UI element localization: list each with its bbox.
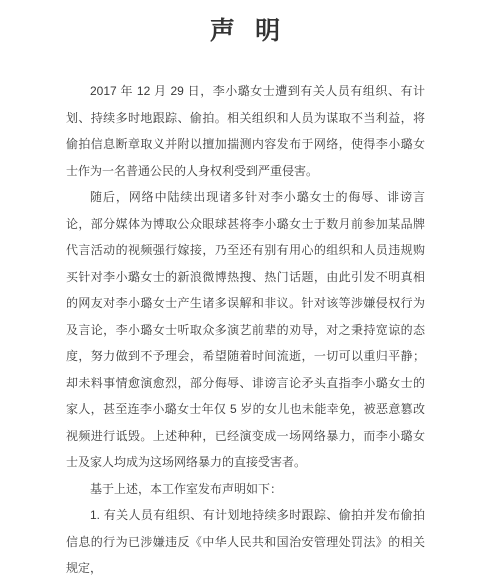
document-body: 2017 年 12 月 29 日，李小璐女士遭到有关人员有组织、有计划、持续多时… bbox=[66, 78, 425, 579]
paragraph-item-1: 1. 有关人员有组织、有计划地持续多时跟踪、偷拍并发布偷拍信息的行为已涉嫌违反《… bbox=[66, 502, 425, 579]
paragraph-aftermath: 随后，网络中陆续出现诸多针对李小璐女士的侮辱、诽谤言论，部分媒体为博取公众眼球甚… bbox=[66, 184, 425, 476]
paragraph-incident: 2017 年 12 月 29 日，李小璐女士遭到有关人员有组织、有计划、持续多时… bbox=[66, 78, 425, 184]
document-title: 声 明 bbox=[66, 14, 425, 48]
statement-document: 声 明 2017 年 12 月 29 日，李小璐女士遭到有关人员有组织、有计划、… bbox=[0, 0, 491, 579]
paragraph-declaration-intro: 基于上述，本工作室发布声明如下： bbox=[66, 476, 425, 503]
